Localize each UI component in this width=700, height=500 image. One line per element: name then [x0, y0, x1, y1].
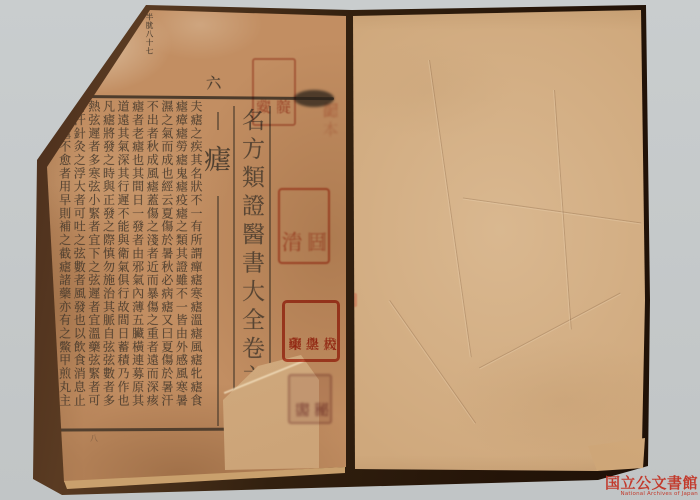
text-column: 瘧者老瘧也其間日一發者由邪氣內薄五臟橫連募原其: [130, 100, 145, 428]
section-heading: 瘧: [204, 138, 231, 177]
seal-glyph-column: 局之印: [284, 331, 337, 359]
watermark-japanese: 国立公文書館: [605, 476, 698, 492]
column-rule: [217, 196, 219, 426]
seal-glyph-column: 記: [321, 102, 338, 121]
daigaku-tokyo-pharmacy-bureau-seal: 大學東校典藥局之印: [282, 300, 340, 362]
paper-crease: [463, 197, 642, 224]
seal-glyph-column: 圖書: [292, 399, 330, 422]
text-column: 不出者秋成風瘧蓋傷之淺者近而暴傷之重者遠而深痎: [145, 100, 160, 428]
seal-glyph-column: 固清: [278, 226, 328, 262]
paper-crease: [479, 293, 621, 370]
paper-crease: [428, 60, 472, 357]
purple-library-seal: 秘閣圖書: [288, 374, 332, 424]
text-column: 道遠其氣深其行遲不能與衛氣俱行故間日蓄積乃作也: [115, 100, 130, 428]
text-column: 瘧瘴瘧勞瘧鬼瘧疫瘧之類其證雖不一皆由外感風寒暑: [174, 100, 189, 428]
text-column: 凡瘧將發之時與正發之際慎勿施治其脈自弦弦數者多: [101, 100, 116, 428]
main-text-block: 夫瘧之疾其名狀不一有所謂癉瘧寒瘧溫瘧風瘧牝瘧食瘧瘴瘧勞瘧鬼瘧疫瘧之類其證雖不一皆…: [57, 100, 203, 428]
folio-number: 六: [205, 72, 221, 94]
text-column: 發汗針灸之浮大者可吐之弦數者風發也以飲食消息止: [72, 100, 87, 428]
text-column: 濕之氣而成也經云夏傷於暑秋必病瘧又曰夏傷於暑汗: [159, 100, 174, 428]
photo-of-open-book: 半肬八十七 六 名方類證醫書大全卷之四 瘧 夫瘧之疾其名狀不一有所謂癉瘧寒瘧溫瘧…: [0, 0, 700, 500]
column-rule: [217, 112, 219, 130]
seal-glyph-column: 院藏: [253, 92, 293, 124]
watermark-english: National Archives of Japan: [605, 492, 698, 498]
text-column: 夫瘧之疾其名狀不一有所謂癉瘧寒瘧溫瘧風瘧牝瘧食: [188, 100, 203, 428]
text-column: 之久瘧不愈者用早則補之截瘧諸藥亦有之鱉甲煎丸主: [57, 100, 72, 428]
paper-crease: [388, 300, 476, 424]
footer-mark: 八: [90, 433, 98, 444]
red-seal-fragment: 御本記: [302, 58, 338, 146]
text-column: 熱弦遲者多寒弦小緊者宜下之弦遲者宜溫藥弦緊者可: [86, 100, 101, 428]
red-square-seal: 日治固清: [278, 188, 330, 264]
handwritten-shelf-note: 半肬八十七: [141, 13, 155, 65]
red-collection-seal-faded: 養安院藏: [252, 58, 296, 126]
archive-watermark: 国立公文書館 National Archives of Japan: [605, 476, 698, 498]
